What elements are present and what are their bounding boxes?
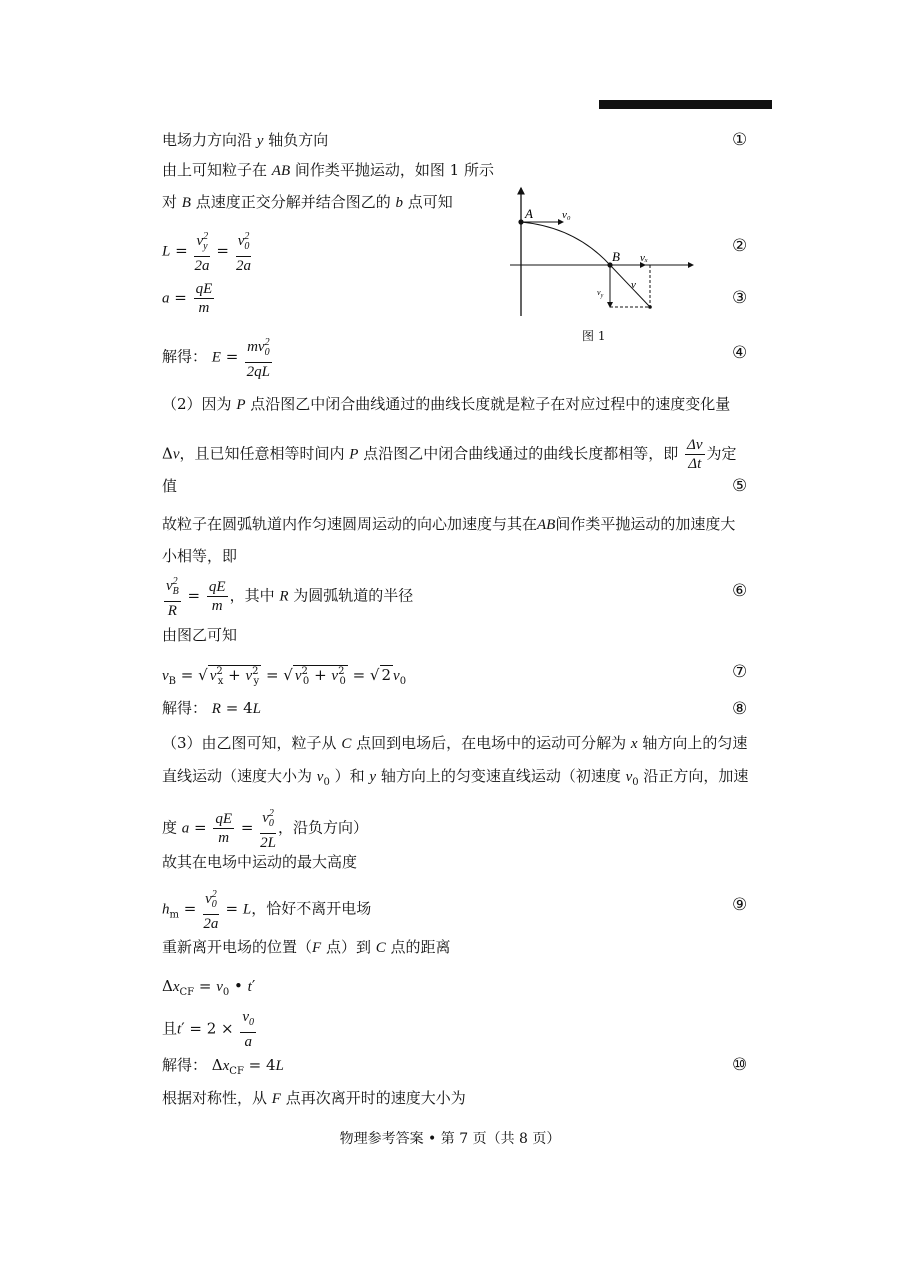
text-line-2: 由上可知粒子在 AB 间作类平抛运动，如图 1 所示	[162, 160, 494, 181]
equation-2: L = v2y2a = v202a	[162, 228, 253, 275]
marker-1: ①	[732, 130, 747, 150]
header-bar	[599, 100, 772, 109]
equation-10: 解得： ΔxCF = 4L	[162, 1055, 284, 1082]
text-p3-line-1: （3）由乙图可知，粒子从 C 点回到电场后，在电场中的运动可分解为 x 轴方向上…	[162, 733, 747, 754]
text-span: 且	[162, 1020, 177, 1038]
svg-text:A: A	[524, 206, 533, 221]
text-p3-line-5: 重新离开电场的位置（F 点）到 C 点的距离	[162, 937, 451, 958]
text-p2-line-4: 故粒子在圆弧轨道内作匀速圆周运动的向心加速度与其在AB间作类平抛运动的加速度大	[162, 514, 735, 535]
figure-1-diagram: A v₀ B vₓ v vy	[505, 182, 705, 342]
svg-text:vy: vy	[597, 288, 604, 299]
text-span: ，恰好不离开电场	[251, 900, 371, 918]
marker-2: ②	[732, 236, 747, 256]
text-p3-last: 根据对称性，从 F 点再次离开时的速度大小为	[162, 1088, 466, 1109]
equation-7: vB = √v2x + v2y = √v20 + v20 = √2v0	[162, 662, 406, 692]
svg-text:v₀: v₀	[562, 209, 571, 221]
solve-label: 解得：	[162, 1056, 207, 1074]
svg-text:B: B	[612, 249, 620, 264]
marker-7: ⑦	[732, 662, 747, 682]
text-p2-line-2: Δv，且已知任意相等时间内 P 点沿图乙中闭合曲线通过的曲线长度都相等，即 Δv…	[162, 436, 737, 473]
text-p2-line-3: 值	[162, 476, 177, 496]
marker-5: ⑤	[732, 476, 747, 496]
text-p2-line-1: （2）因为 P 点沿图乙中闭合曲线通过的曲线长度就是粒子在对应过程中的速度变化量	[162, 394, 730, 415]
equation-3: a = qEm	[162, 280, 216, 317]
equation-4: 解得： E = mv202qL	[162, 334, 274, 381]
text-span: 为定	[707, 445, 737, 463]
equation-dx: ΔxCF = v0 • t′	[162, 976, 255, 1003]
text-p3-line-3: 度 a = qEm = v202L，沿负方向）	[162, 805, 368, 852]
marker-3: ③	[732, 288, 747, 308]
marker-6: ⑥	[732, 581, 747, 601]
text-p3-line-4: 故其在电场中运动的最大高度	[162, 852, 357, 872]
page-footer: 物理参考答案 • 第 7 页（共 8 页）	[0, 1128, 900, 1148]
equation-9: hm = v202a = L，恰好不离开电场	[162, 886, 371, 933]
text-fig-yi: 由图乙可知	[162, 625, 237, 645]
text-line-1: 电场力方向沿 y 轴负方向	[162, 130, 328, 151]
solve-label: 解得：	[162, 699, 207, 717]
marker-9: ⑨	[732, 895, 747, 915]
equation-t: 且t′ = 2 × v0a	[162, 1008, 258, 1051]
svg-text:v: v	[631, 279, 636, 291]
text-span: ，沿负方向）	[278, 819, 368, 837]
equation-6: v2BR = qEm，其中 R 为圆弧轨道的半径	[162, 573, 413, 620]
equation-8: 解得： R = 4L	[162, 698, 261, 719]
marker-10: ⑩	[732, 1055, 747, 1075]
solve-label: 解得：	[162, 348, 207, 366]
svg-text:vₓ: vₓ	[640, 252, 648, 264]
text-p2-line-5: 小相等，即	[162, 546, 237, 566]
marker-4: ④	[732, 343, 747, 363]
text-p3-line-2: 直线运动（速度大小为 v0 ）和 y 轴方向上的匀变速直线运动（初速度 v0 沿…	[162, 766, 748, 793]
marker-8: ⑧	[732, 699, 747, 719]
figure-caption: 图 1	[582, 327, 605, 344]
text-line-3: 对 B 点速度正交分解并结合图乙的 b 点可知	[162, 192, 453, 213]
